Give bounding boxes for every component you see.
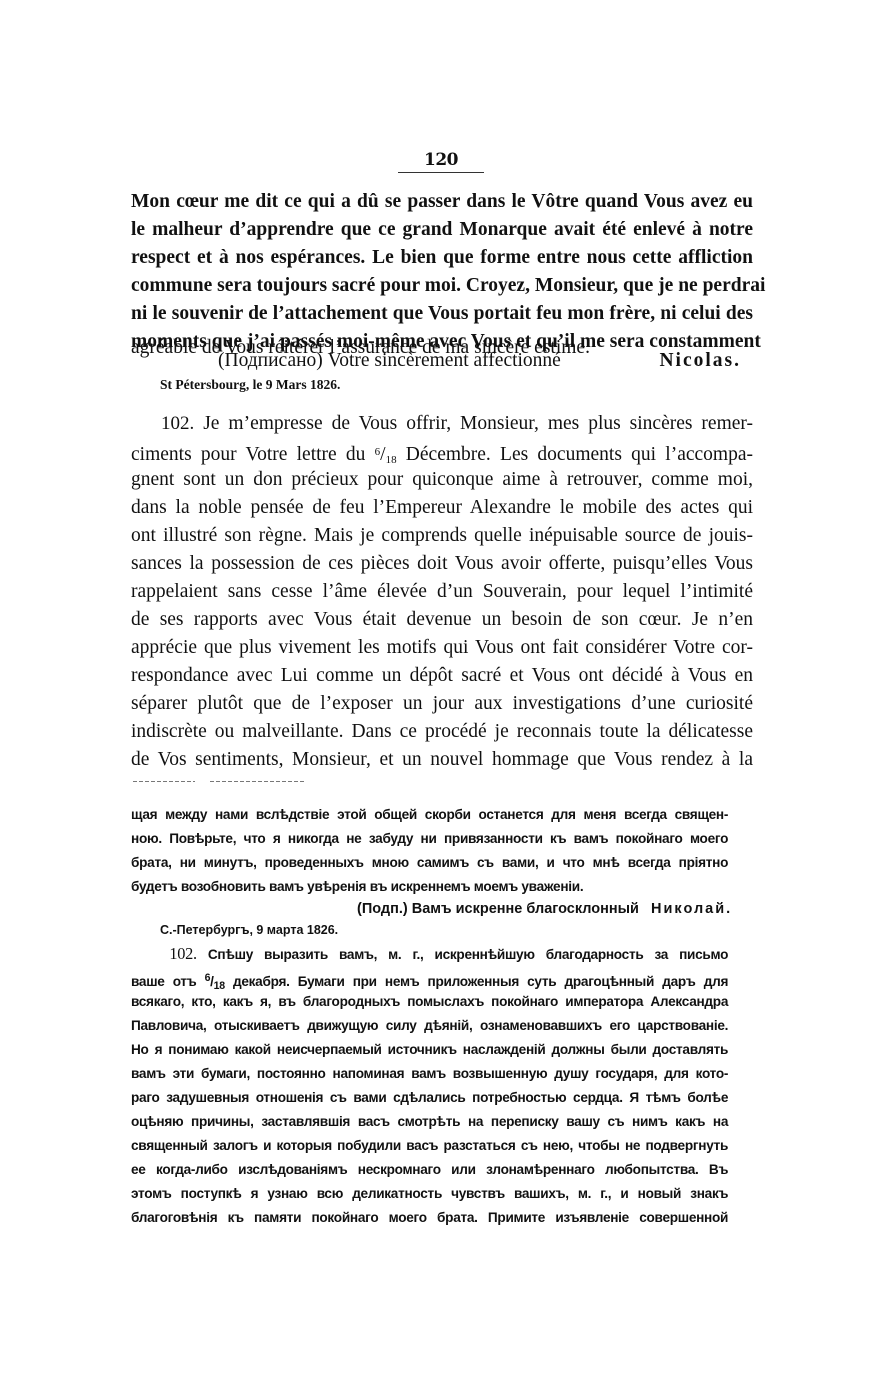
text-line: indiscrète ou malveillante. Dans ce proc… bbox=[131, 718, 753, 746]
footnote-separator bbox=[133, 781, 195, 782]
text-line: rappelaient sans cesse l’âme élevée d’un… bbox=[131, 578, 753, 606]
text-line: le malheur d’apprendre que ce grand Mona… bbox=[131, 216, 753, 244]
text-line: de ses rapports avec Vous était devenue … bbox=[131, 606, 753, 634]
text-line: священный залогъ и которыя побудили васъ… bbox=[131, 1134, 728, 1159]
text-line: вамъ эти бумаги, постоянно напоминая вам… bbox=[131, 1062, 728, 1087]
letter-number: 102. bbox=[169, 944, 196, 963]
text-line: ваше отъ 6/18 декабря. Бумаги при немъ п… bbox=[131, 966, 728, 991]
text-line: Mon cœur me dit ce qui a dû se passer da… bbox=[131, 188, 753, 216]
text-line: ont illustré son règne. Mais je comprend… bbox=[131, 522, 753, 550]
text-line: dans la noble pensée de feu l’Empereur A… bbox=[131, 494, 753, 522]
text-line: respect et à nos espérances. Le bien que… bbox=[131, 244, 753, 272]
russian-signature: (Подп.) Вамъ искренне благосклонный Нико… bbox=[357, 897, 732, 921]
page-number: 120 bbox=[413, 150, 469, 170]
text-segment: ciments pour Votre lettre du bbox=[131, 444, 375, 465]
page-number-rule bbox=[398, 172, 484, 173]
text-line: sances la possession de ces pièces doit … bbox=[131, 550, 753, 578]
text-segment: ваше отъ bbox=[131, 974, 205, 990]
text-line: ciments pour Votre lettre du 6/18 Décemb… bbox=[131, 438, 753, 466]
fraction-numerator: 6 bbox=[375, 446, 381, 458]
book-page: 120 Mon cœur me dit ce qui a dû se passe… bbox=[0, 0, 882, 1393]
signature-name: Николай. bbox=[651, 901, 732, 917]
text-line: всякаго, кто, какъ я, въ благородныхъ по… bbox=[131, 990, 728, 1015]
text-line: щая между нами вслѣдствіе этой общей ско… bbox=[131, 803, 728, 828]
text-line: будетъ возобновить вамъ увѣренія въ искр… bbox=[131, 875, 728, 900]
footnote-separator bbox=[210, 781, 306, 782]
fraction-numerator: 6 bbox=[205, 972, 211, 984]
text-line: respondance avec Lui comme un dépôt sacr… bbox=[131, 662, 753, 690]
russian-place-date: С.-Петербургъ, 9 марта 1826. bbox=[160, 921, 338, 939]
signature-prefix: (Подписано) Votre sincèrement affectionn… bbox=[218, 350, 561, 371]
letter-first-line: 102. Je m’empresse de Vous offrir, Monsi… bbox=[131, 410, 753, 438]
text-line: раго задушевныя отношенія съ вами сдѣлал… bbox=[131, 1086, 728, 1111]
letter-number: 102. bbox=[161, 413, 194, 434]
fraction-denominator: 18 bbox=[386, 454, 397, 466]
text-line: этомъ поступкѣ я узнаю всю деликатность … bbox=[131, 1182, 728, 1207]
text-line: séparer plutôt que de l’exposer un jour … bbox=[131, 690, 753, 718]
text-line: apprécie que plus vivement les motifs qu… bbox=[131, 634, 753, 662]
text-line: Павловича, отыскиваетъ движущую силу дѣя… bbox=[131, 1014, 728, 1039]
text-line: commune sera toujours sacré pour moi. Cr… bbox=[131, 272, 753, 300]
text-line: брата, ни минутъ, проведенныхъ мною сами… bbox=[131, 851, 728, 876]
text-line: gnent sont un don précieux pour quiconqu… bbox=[131, 466, 753, 494]
signature-prefix: (Подп.) Вамъ искренне благосклонный bbox=[357, 901, 639, 917]
text-line: de Vos sentiments, Monsieur, et un nouve… bbox=[131, 746, 753, 774]
text-line: благоговѣнія къ памяти покойнаго моего б… bbox=[131, 1206, 728, 1231]
text-line-content: Je m’empresse de Vous offrir, Monsieur, … bbox=[203, 413, 753, 434]
text-line-content: Спѣшу выразить вамъ, м. г., искреннѣйшую… bbox=[208, 947, 728, 963]
text-line: Но я понимаю какой неисчерпаемый источни… bbox=[131, 1038, 728, 1063]
text-line: ною. Повѣрьте, что я никогда не забуду н… bbox=[131, 827, 728, 852]
french-place-date: St Pétersbourg, le 9 Mars 1826. bbox=[160, 376, 340, 394]
letter-first-line: 102. Спѣшу выразить вамъ, м. г., искренн… bbox=[131, 942, 728, 967]
text-segment: декабря. Бумаги при немъ приложенныя сут… bbox=[225, 974, 728, 990]
text-line: ni le souvenir de l’attachement que Vous… bbox=[131, 300, 753, 328]
text-line: ее когда-либо изслѣдованіямъ нескромнаго… bbox=[131, 1158, 728, 1183]
french-signature: (Подписано) Votre sincèrement affectionn… bbox=[218, 347, 753, 375]
text-segment: Décembre. Les documents qui l’accompa- bbox=[397, 444, 753, 465]
text-line: оцѣняю причины, заставлявшія васъ смотрѣ… bbox=[131, 1110, 728, 1135]
signature-name: Nicolas. bbox=[659, 347, 741, 375]
